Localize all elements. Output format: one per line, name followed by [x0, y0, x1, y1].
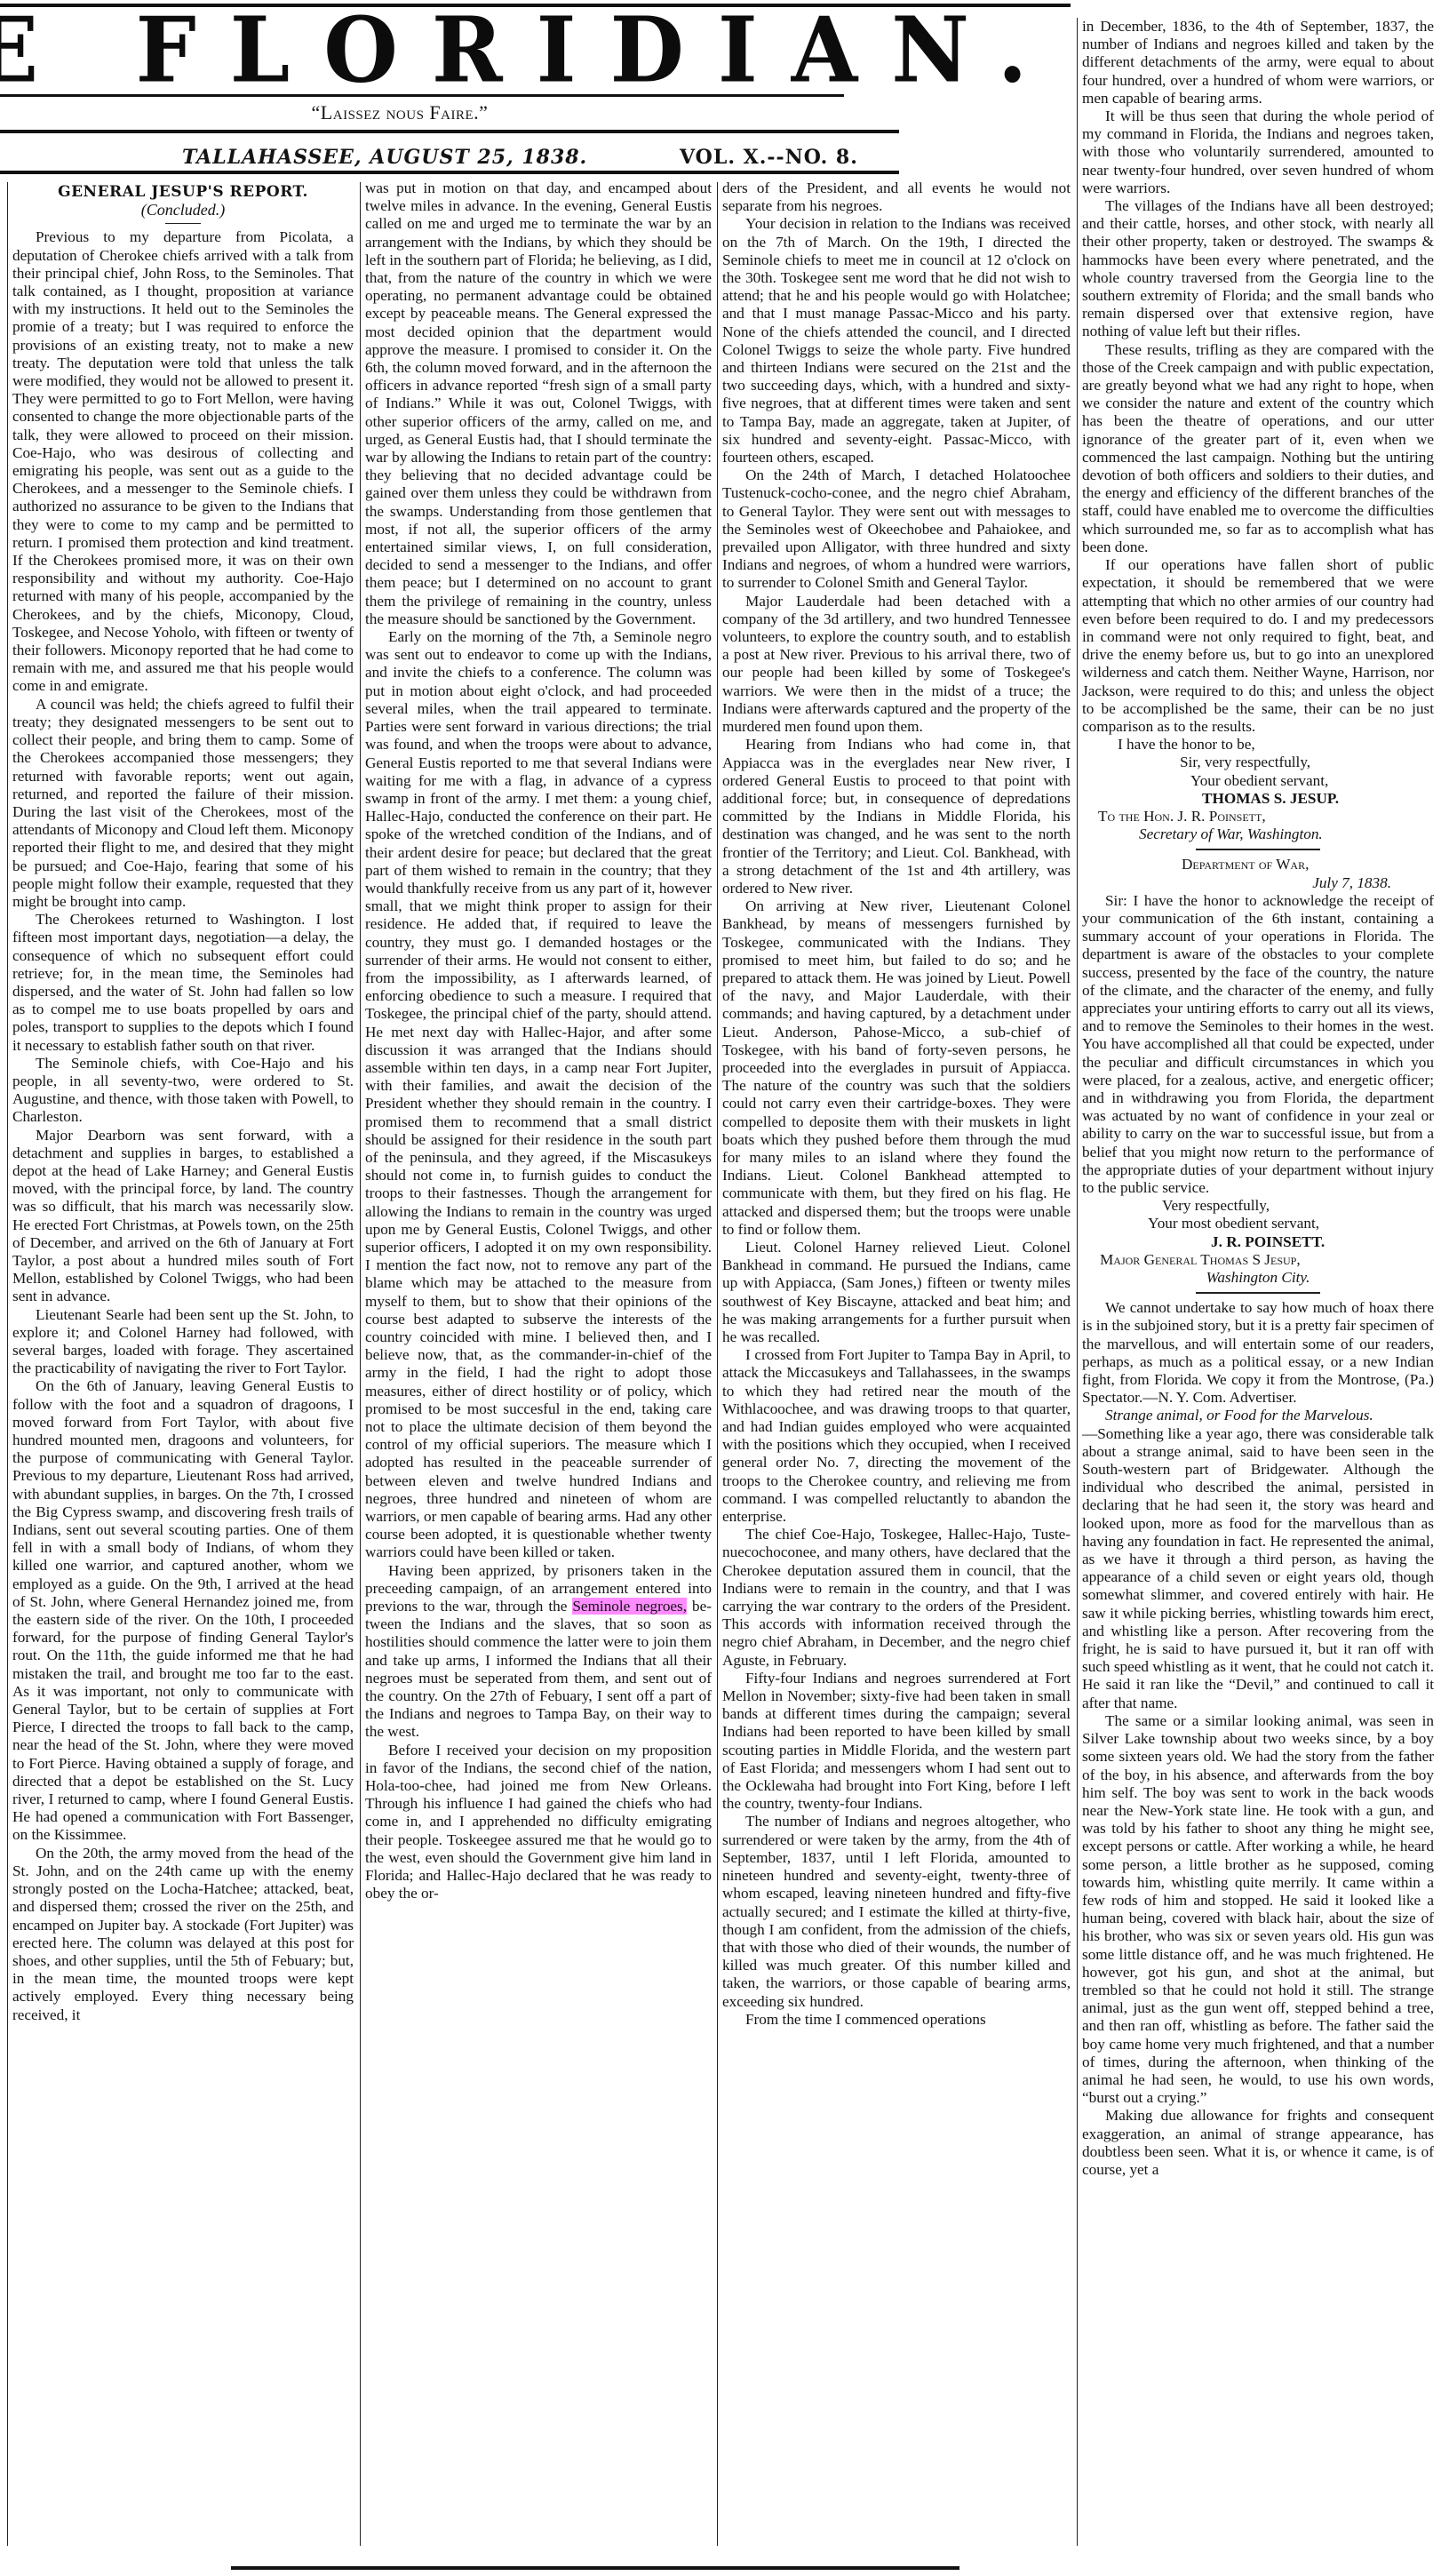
paragraph: Major Lauderdale had been detached with …: [722, 593, 1071, 737]
article-headline: GENERAL JESUP'S REPORT.: [12, 183, 354, 201]
paragraph: If our operations have fallen short of p…: [1082, 556, 1434, 736]
paragraph: Lieut. Colonel Harney relieved Lieut. Co…: [722, 1239, 1071, 1346]
jesup-signature-block: I have the honor to be, Sir, very respec…: [1082, 736, 1434, 843]
paragraph: Before I received your decision on my pr…: [365, 1742, 712, 1903]
closing-honor: I have the honor to be,: [1082, 736, 1434, 754]
dateline-bottom-rule: [0, 171, 899, 174]
letter-body: Sir: I have the honor to acknowledge the…: [1082, 892, 1434, 1197]
paragraph: It will be thus seen that during the who…: [1082, 108, 1434, 197]
column-divider-left-edge: [7, 182, 8, 2546]
signer-name: THOMAS S. JESUP.: [1082, 790, 1434, 808]
closing-sir: Sir, very respectfully,: [1082, 754, 1434, 771]
paragraph-with-highlight: Having been apprized, by prisoners taken…: [365, 1562, 712, 1742]
column-divider-2: [717, 182, 718, 2546]
paragraph: I crossed from Fort Jupiter to Tampa Bay…: [722, 1346, 1071, 1526]
story-title: Strange animal, or Food for the Marvelou…: [1082, 1407, 1434, 1424]
addressee: To the Hon. J. R. Poinsett,: [1082, 808, 1434, 825]
paragraph: From the time I commenced operations: [722, 2011, 1071, 2029]
letter-place: Washington City.: [1082, 1269, 1434, 1287]
column-divider-3: [1077, 18, 1078, 2546]
paragraph: Fifty-four Indians and negroes surrender…: [722, 1670, 1071, 1814]
paragraph: Major Dearborn was sent forward, with a …: [12, 1127, 354, 1306]
dateline: TALLAHASSEE, AUGUST 25, 1838. VOL. X.--N…: [0, 139, 888, 174]
headline-divider: [165, 223, 201, 224]
column-divider-1: [360, 182, 361, 2546]
volume-number: VOL. X.--NO. 8.: [680, 146, 858, 169]
paragraph: Making due allowance for frights and con…: [1082, 2107, 1434, 2179]
masthead-motto: “Laissez nous Faire.”: [231, 101, 569, 124]
page-bottom-rule: [231, 2566, 959, 2570]
paragraph-text: tween the Indians and the slaves, that s…: [365, 1615, 712, 1740]
paragraph: The Cherokees returned to Washington. I …: [12, 911, 354, 1055]
dateline-top-rule: [0, 130, 899, 133]
paragraph: A council was held; the chiefs agreed to…: [12, 696, 354, 911]
letter-date: July 7, 1838.: [1082, 874, 1434, 892]
article-subhead: (Concluded.): [12, 201, 354, 219]
column-2: was put in motion on that day, and encam…: [365, 179, 712, 2549]
addressee-title: Secretary of War, Washington.: [1082, 825, 1434, 843]
column-4: in December, 1836, to the 4th of Septemb…: [1082, 18, 1434, 2549]
letter-addressee: Major General Thomas S Jesup,: [1082, 1251, 1434, 1269]
item-intro: We cannot undertake to say how much of h…: [1082, 1299, 1434, 1407]
paragraph: in December, 1836, to the 4th of Septemb…: [1082, 18, 1434, 108]
section-divider: [1196, 849, 1320, 850]
highlighted-text[interactable]: Seminole negroes,: [572, 1598, 687, 1615]
letter-closing: Very respectfully,: [1082, 1197, 1434, 1215]
paragraph: The same or a similar looking animal, wa…: [1082, 1712, 1434, 2107]
masthead-title: E FLORIDIAN.: [0, 9, 1061, 93]
paragraph: Lieutenant Searle had been sent up the S…: [12, 1306, 354, 1378]
paragraph: was put in motion on that day, and encam…: [365, 179, 712, 628]
paragraph: On the 20th, the army moved from the hea…: [12, 1845, 354, 2024]
paragraph: On arriving at New river, Lieutenant Col…: [722, 897, 1071, 1239]
paragraph: Hearing from Indians who had come in, th…: [722, 736, 1071, 897]
column-1: GENERAL JESUP'S REPORT. (Concluded.) Pre…: [12, 179, 354, 2549]
closing-servant: Your obedient servant,: [1082, 772, 1434, 790]
paragraph: On the 24th of March, I detached Holatoo…: [722, 467, 1071, 592]
dateline-city-date: TALLAHASSEE, AUGUST 25, 1838.: [182, 146, 587, 169]
column-3: ders of the President, and all events he…: [722, 179, 1071, 2549]
paragraph-text: be-: [687, 1598, 712, 1615]
paragraph: The villages of the Indians have all bee…: [1082, 197, 1434, 341]
paragraph: Early on the morning of the 7th, a Semin…: [365, 628, 712, 1562]
section-divider: [1196, 1292, 1320, 1294]
letter-servant: Your most obedient servant,: [1082, 1215, 1434, 1232]
paragraph: The number of Indians and negroes altoge…: [722, 1813, 1071, 2010]
paragraph: —Something like a year ago, there was co…: [1082, 1425, 1434, 1712]
paragraph: On the 6th of January, leaving General E…: [12, 1377, 354, 1844]
poinsett-letter: Department of War, July 7, 1838. Sir: I …: [1082, 856, 1434, 1287]
masthead-under-rule: [0, 94, 844, 97]
paragraph: The chief Coe-Hajo, Toskegee, Hallec-Haj…: [722, 1526, 1071, 1670]
paragraph: Previous to my departure from Picolata, …: [12, 228, 354, 695]
letter-signer: J. R. POINSETT.: [1082, 1233, 1434, 1251]
paragraph: ders of the President, and all events he…: [722, 179, 1071, 215]
letter-department: Department of War,: [1082, 856, 1434, 873]
paragraph: Your decision in relation to the Indians…: [722, 215, 1071, 467]
paragraph: The Seminole chiefs, with Coe-Hajo and h…: [12, 1055, 354, 1127]
paragraph: These results, trifling as they are comp…: [1082, 341, 1434, 556]
